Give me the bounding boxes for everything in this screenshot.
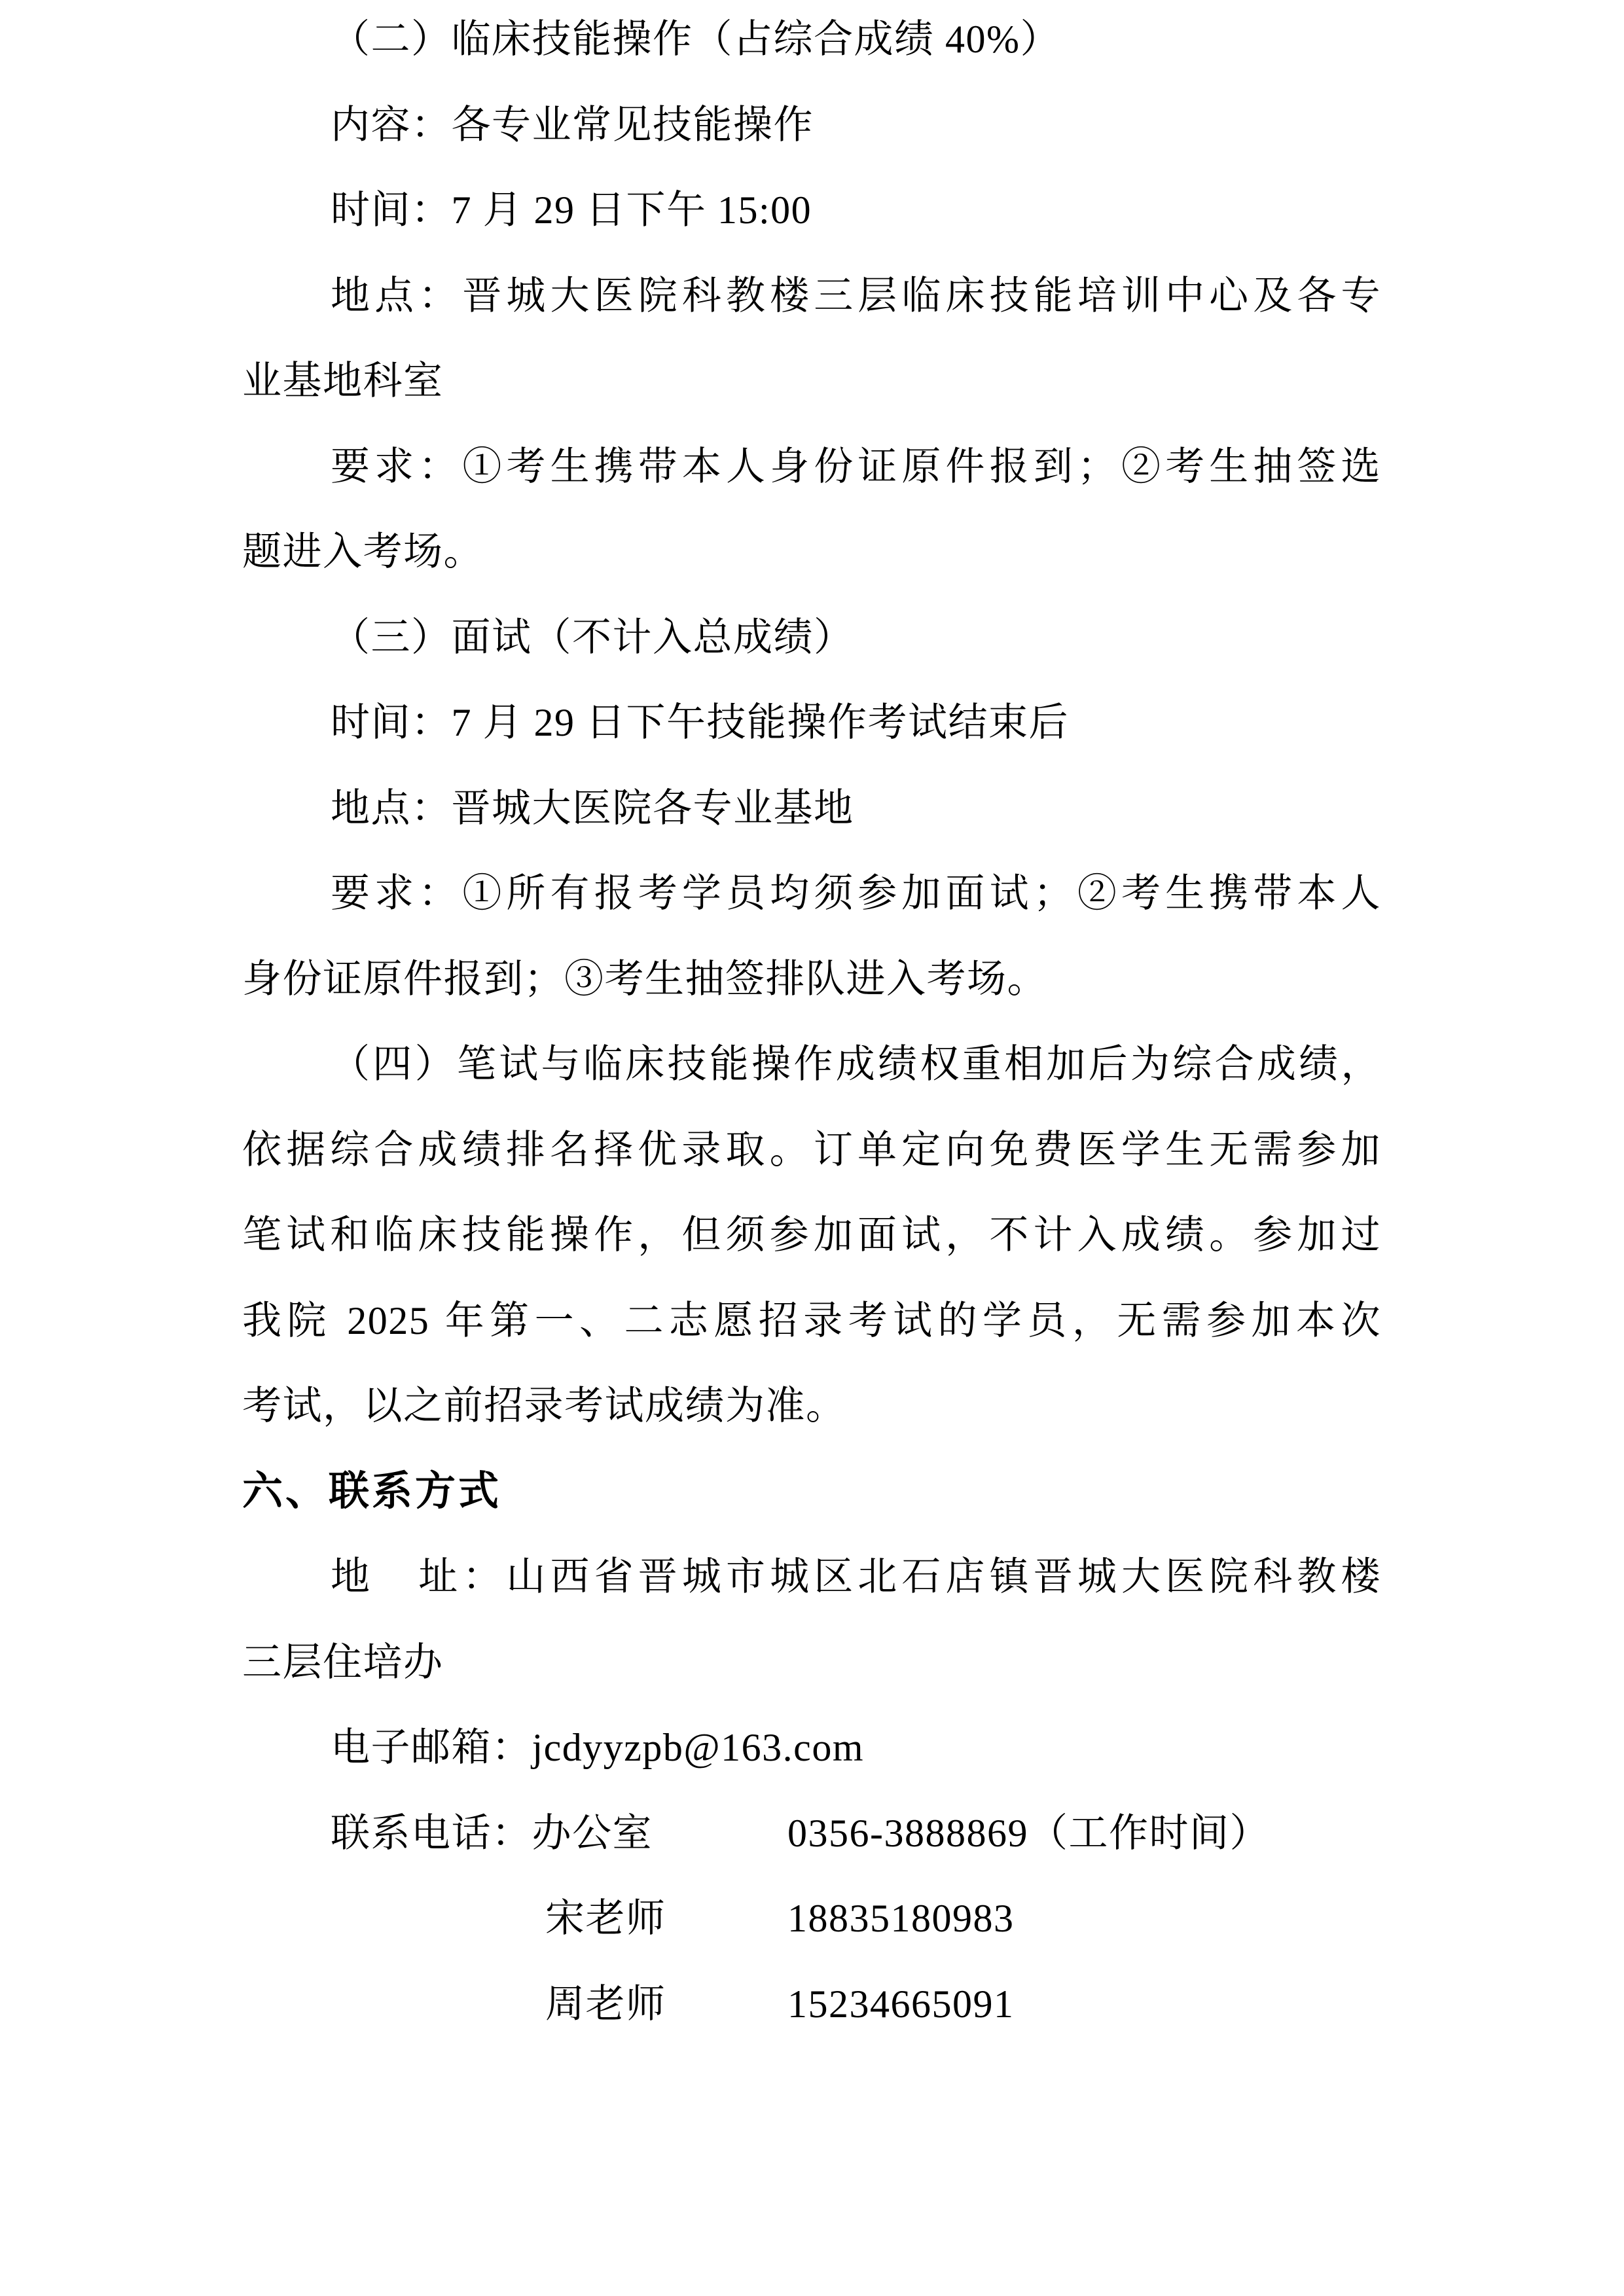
contact-line: 宋老师18835180983 [242, 1876, 1381, 1962]
contact-value: 0356-3888869（工作时间） [787, 1791, 1270, 1876]
text-line: （四）笔试与临床技能操作成绩权重相加后为综合成绩， [242, 1022, 1381, 1107]
contact-line: 联系电话：办公室0356-3888869（工作时间） [242, 1791, 1381, 1876]
contact-label: 周老师 [545, 1982, 666, 2026]
section-heading: 六、联系方式 [242, 1449, 1381, 1535]
text-line: 电子邮箱：jcdyyzpb@163.com [242, 1705, 1381, 1791]
contact-label: 联系电话：办公室 [331, 1812, 653, 1855]
contact-label: 宋老师 [545, 1897, 666, 1940]
text-line: 要求：①考生携带本人身份证原件报到；②考生抽签选 [242, 424, 1381, 510]
contact-line: 周老师15234665091 [242, 1962, 1381, 2047]
text-line: 身份证原件报到；③考生抽签排队进入考场。 [242, 937, 1381, 1022]
text-line: 地点：晋城大医院各专业基地 [242, 766, 1381, 852]
text-line: 时间：7 月 29 日下午 15:00 [242, 168, 1381, 253]
contact-value: 18835180983 [787, 1876, 1015, 1962]
text-line: 地 址：山西省晋城市城区北石店镇晋城大医院科教楼 [242, 1534, 1381, 1620]
text-block: （二）临床技能操作（占综合成绩 40%）内容：各专业常见技能操作时间：7 月 2… [242, 0, 1381, 2047]
contact-value: 15234665091 [787, 1962, 1015, 2047]
text-line: 内容：各专业常见技能操作 [242, 82, 1381, 168]
text-line: 考试，以之前招录考试成绩为准。 [242, 1363, 1381, 1449]
text-line: （三）面试（不计入总成绩） [242, 595, 1381, 681]
document-page: （二）临床技能操作（占综合成绩 40%）内容：各专业常见技能操作时间：7 月 2… [0, 0, 1624, 2296]
text-line: 业基地科室 [242, 338, 1381, 424]
text-line: 题进入考场。 [242, 509, 1381, 595]
text-line: 笔试和临床技能操作，但须参加面试，不计入成绩。参加过 [242, 1193, 1381, 1278]
text-line: 时间：7 月 29 日下午技能操作考试结束后 [242, 680, 1381, 766]
text-line: 要求：①所有报考学员均须参加面试；②考生携带本人 [242, 851, 1381, 937]
text-line: （二）临床技能操作（占综合成绩 40%） [242, 0, 1381, 82]
text-line: 三层住培办 [242, 1620, 1381, 1706]
text-line: 地点：晋城大医院科教楼三层临床技能培训中心及各专 [242, 253, 1381, 339]
text-line: 依据综合成绩排名择优录取。订单定向免费医学生无需参加 [242, 1107, 1381, 1193]
text-line: 我院 2025 年第一、二志愿招录考试的学员，无需参加本次 [242, 1278, 1381, 1364]
